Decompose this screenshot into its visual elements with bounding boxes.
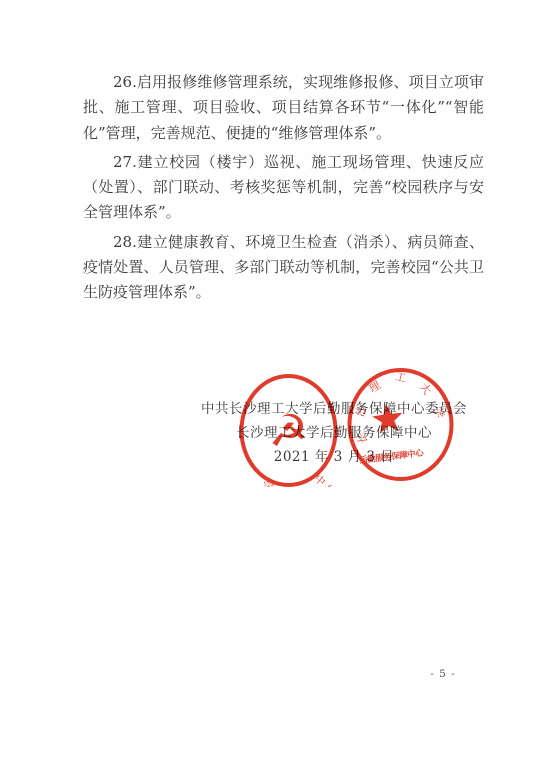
party-committee-seal: 中共长沙理工大学后勤服务保障中心委员会 ☭ [238, 374, 339, 487]
paragraph-26: 26.启用报修维修管理系统，实现维修报修、项目立项审批、施工管理、项目验收、项目… [83, 70, 484, 146]
star-icon [371, 402, 405, 434]
service-center-seal: 长沙理工大学 后勤服务保障中心 [347, 368, 454, 481]
hammer-and-sickle-icon: ☭ [269, 406, 308, 457]
document-page: 26.启用报修维修管理系统，实现维修报修、项目立项审批、施工管理、项目验收、项目… [0, 0, 543, 768]
paragraph-27: 27.建立校园（楼宇）巡视、施工现场管理、快速反应（处置）、部门联动、考核奖惩等… [83, 150, 484, 226]
seal-ring-text: 长沙理工大学 [348, 368, 448, 445]
seal-bottom-text: 后勤服务保障中心 [359, 447, 425, 466]
paragraph-28: 28.建立健康教育、环境卫生检查（消杀）、病员筛查、疫情处置、人员管理、多部门联… [83, 230, 484, 306]
page-number: - 5 - [420, 668, 466, 680]
body-text: 26.启用报修维修管理系统，实现维修报修、项目立项审批、施工管理、项目验收、项目… [83, 70, 484, 310]
